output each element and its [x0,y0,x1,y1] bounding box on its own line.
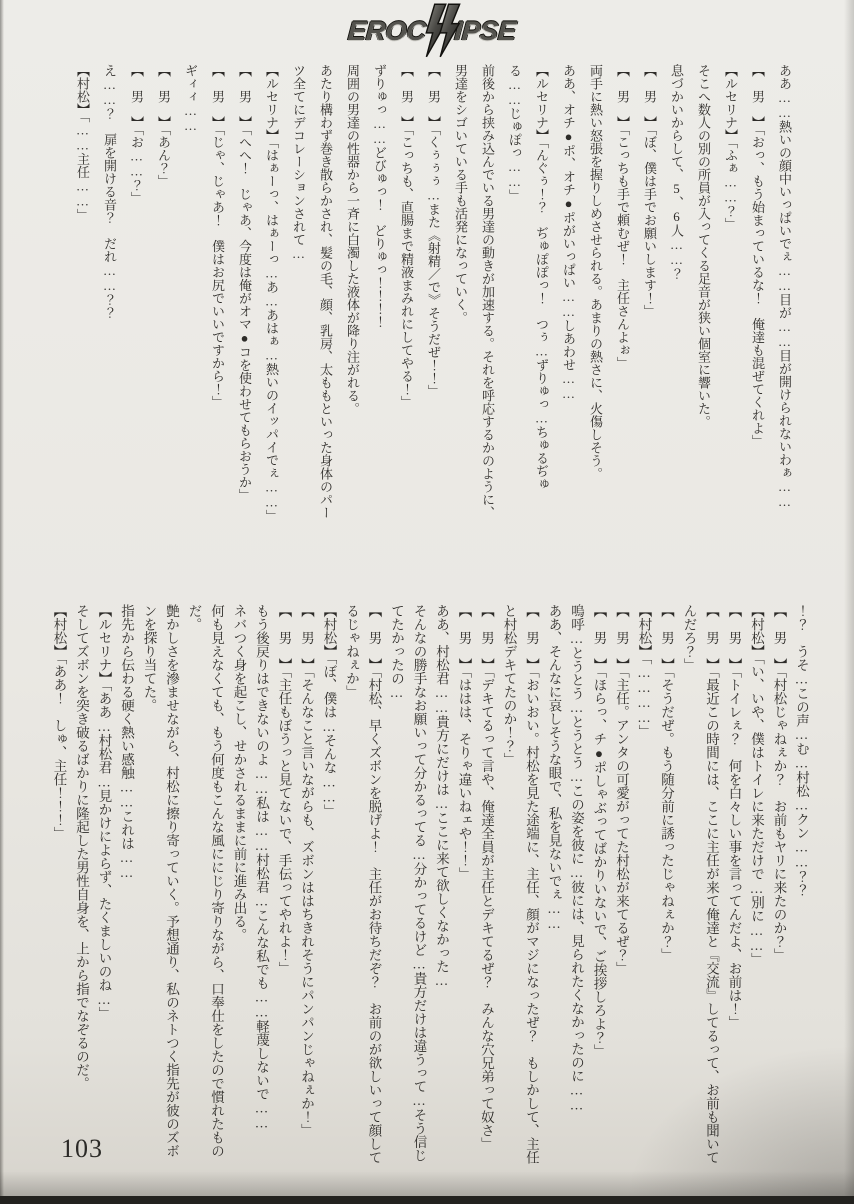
text-column: そんなの勝手なお願いって分かるってる…分かってるけど…貴方だけは違うって…そう信… [385,604,430,1168]
text-column: 【 男 】「お……？」 [123,64,150,528]
text-column: 【ルセリナ】「ふぁ……？」 [717,64,744,528]
text-column: 【 男 】「そんなこと言いながらも、ズボンははちきれそうにパンパンじゃねぇか！」 [295,604,318,1168]
top-text-block: ああ……熱いの顔中いっぱいでぇ……目が……目が開けられないわぁ……【 男 】「お… [72,64,798,528]
scan-edge-left [0,0,4,1204]
text-column: 息づかいからして、5、6人……？ [663,64,690,528]
logo-text-left: EROC [347,18,427,45]
text-column: 【 男 】「あん？」 [150,64,177,528]
text-column: 【 男 】「デキてるって言や、俺達全員が主任とデキてるぜ？ みんな穴兄弟って奴さ… [475,604,498,1168]
scan-edge-bottom [0,1196,854,1204]
text-column: 艶かしさを滲ませながら、村松に擦り寄っていく。予想通り、私のネトつく指先が彼のズ… [137,604,182,1168]
text-column: ああ、そんなに哀しそうな眼で、私を見ないでぇ…… [542,604,565,1168]
scan-edge-right [844,0,854,1204]
text-column: 【ルセリナ】「んぐぅ！？ ぢゅぽぽっ！ つぅ…ずりゅっ…ちゅるぢゅる……じゅぽっ… [501,64,555,528]
logo-text-right: IPSE [454,18,517,45]
text-column: ああ、村松君……貴方にだけは…ここに来て欲しくなかった… [430,604,453,1168]
text-column: ギィィ…… [177,64,204,528]
text-column: 【 男 】「じゃ、じゃあ！ 僕はお尻でいいですから！」 [204,64,231,528]
text-column: 指先から伝わる硬く熱い感触……これは…… [115,604,138,1168]
text-column: 【 男 】「村松、早くズボンを脱げよ！ 主任がお待ちだぞ？ お前のが欲しいって顔… [340,604,385,1168]
text-column: もう後戻りはできないのよ……私は……村松君…こんな私でも……軽蔑しないで…… [250,604,273,1168]
text-column: ずりゅっ……どびゅっ！ どりゅっ！！！！ [366,64,393,528]
text-column: ネバつく身を起こし、せかされるままに前に進み出る。 [227,604,250,1168]
page-number: 103 [61,1134,103,1164]
text-column: 両手に熱い怒張を握りしめさせられる。あまりの熱さに、火傷しそう。 [582,64,609,528]
text-column: 【 男 】「ははは、そりゃ違いねェや！！」 [452,604,475,1168]
text-column: 【 男 】「おいおい。村松を見た途端に、主任、顔がマジになったぜ？ もしかして、… [497,604,542,1168]
text-column: 【 男 】「おっ、もう始まっているな！ 俺達も混ぜてくれよ」 [744,64,771,528]
text-column: 【 男 】「ぼ、僕は手でお願いします！」 [636,64,663,528]
scan-edge-bottom-shadow [0,1171,854,1197]
text-column: 【ルセリナ】「はぁーっ、はぁーっ…あ…あはぁ…熱いのイッパイでぇ……」 [258,64,285,528]
text-column: 【ルセリナ】「ああ…村松君…見かけによらず、たくましいのね…」 [92,604,115,1168]
text-column: 【 男 】「こっちも手で頼むぜ！ 主任さんよぉ」 [609,64,636,528]
text-column: あたり構わず巻き散らかされ、髪の毛、顔、乳房、太ももといった身体のパーツ全てにデ… [285,64,339,528]
text-column: 【 男 】「へへ！ じゃあ、今度は俺がオマ●コを使わせてもらおうか」 [231,64,258,528]
text-column: 【村松】「ぼ、僕は…そんな……」 [317,604,340,1168]
text-column: 嗚呼…とうとう…とうとう…この姿を彼に…彼には、見られたくなかったのに…… [565,604,588,1168]
scanned-document-page: EROC IPSE ああ……熱いの顔中いっぱいでぇ……目が……目が開けられないわ… [0,0,854,1204]
text-column: 【 男 】「くぅぅぅ…また《射精／で》そうだぜ！！」 [420,64,447,528]
eroclipse-logo: EROC IPSE [346,3,518,59]
text-column: え……？ 扉を開ける音？ だれ……？？ [96,64,123,528]
text-column: 【 男 】「主任もぼうっと見てないで、手伝ってやれよ！」 [272,604,295,1168]
text-column: 【村松】「……主任……」 [69,64,96,528]
text-column: 【 男 】「ほらっ、チ●ポしゃぶってばかりいないで、ご挨拶しろよ？」 [587,604,610,1168]
double-lightning-icon [417,2,464,60]
text-column: そしてズボンを突き破るばかりに隆起した男性自身を、上から指でなぞるのだ。 [70,604,93,1168]
text-column: 【 男 】「こっちも、直腸まで精液まみれにしてやる！」 [393,64,420,528]
text-column: 【村松】「ああ！ しゅ、主任！！！」 [47,604,70,1168]
text-column: 何も見えなくても、もう何度もこんな風ににじり寄りながら、口奉仕をしたので慣れたも… [182,604,227,1168]
text-column: 前後から挟み込んでいる男達の動きが加速する。それを呼応するかのように、男達をシゴ… [447,64,501,528]
text-column: 周囲の男達の性器から一斉に白濁した液体が降り注がれる。 [339,64,366,528]
text-column: ああ、オチ●ポ、オチ●ポがいっぱい……しあわせ…… [555,64,582,528]
text-column: ああ……熱いの顔中いっぱいでぇ……目が……目が開けられないわぁ…… [771,64,798,528]
text-column: そこへ数人の別の所員が入ってくる足音が狭い個室に響いた。 [690,64,717,528]
